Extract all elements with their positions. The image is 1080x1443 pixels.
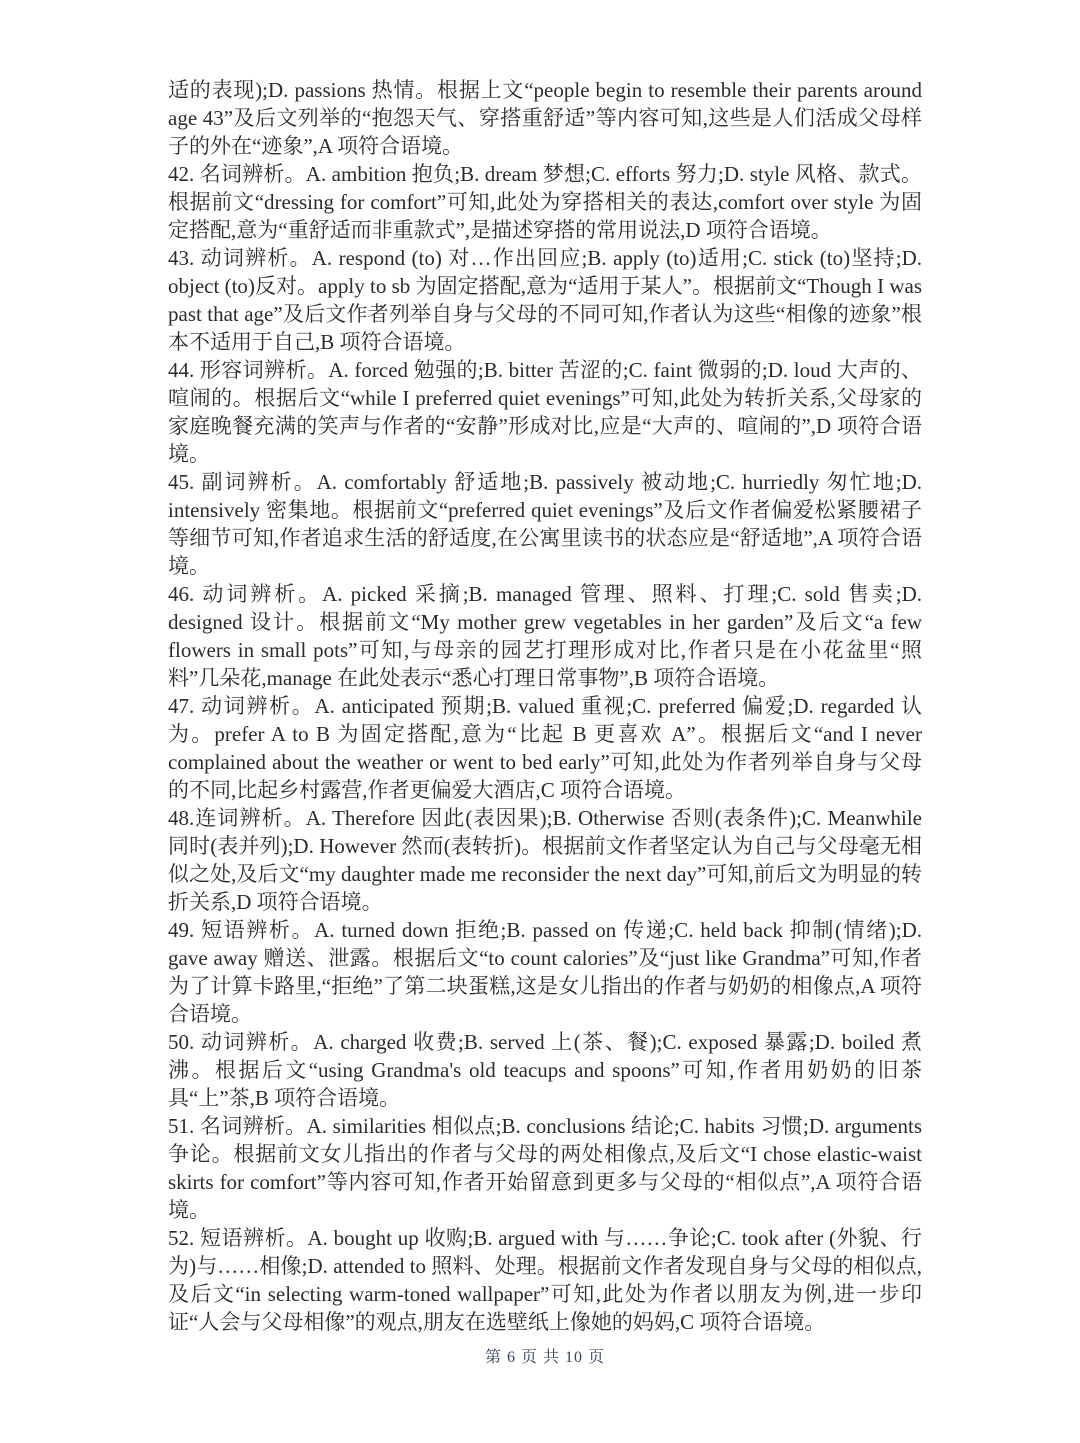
answer-explanations-block: 适的表现);D. passions 热情。根据上文“people begin t…	[168, 76, 922, 1336]
explanation-paragraph-continuation: 适的表现);D. passions 热情。根据上文“people begin t…	[168, 76, 922, 160]
explanation-paragraph-q45: 45. 副词辨析。A. comfortably 舒适地;B. passively…	[168, 468, 922, 580]
page-number-label: 第 6 页 共 10 页	[485, 1349, 605, 1366]
explanation-paragraph-q46: 46. 动词辨析。A. picked 采摘;B. managed 管理、照料、打…	[168, 580, 922, 692]
explanation-paragraph-q42: 42. 名词辨析。A. ambition 抱负;B. dream 梦想;C. e…	[168, 160, 922, 244]
page-footer: 第 6 页 共 10 页	[168, 1344, 922, 1367]
explanation-paragraph-q51: 51. 名词辨析。A. similarities 相似点;B. conclusi…	[168, 1112, 922, 1224]
explanation-paragraph-q52: 52. 短语辨析。A. bought up 收购;B. argued with …	[168, 1224, 922, 1336]
explanation-paragraph-q47: 47. 动词辨析。A. anticipated 预期;B. valued 重视;…	[168, 692, 922, 804]
explanation-paragraph-q49: 49. 短语辨析。A. turned down 拒绝;B. passed on …	[168, 916, 922, 1028]
explanation-paragraph-q50: 50. 动词辨析。A. charged 收费;B. served 上(茶、餐);…	[168, 1028, 922, 1112]
explanation-paragraph-q44: 44. 形容词辨析。A. forced 勉强的;B. bitter 苦涩的;C.…	[168, 356, 922, 468]
document-page: 适的表现);D. passions 热情。根据上文“people begin t…	[0, 0, 1080, 1443]
explanation-paragraph-q48: 48.连词辨析。A. Therefore 因此(表因果);B. Otherwis…	[168, 804, 922, 916]
explanation-paragraph-q43: 43. 动词辨析。A. respond (to) 对…作出回应;B. apply…	[168, 244, 922, 356]
